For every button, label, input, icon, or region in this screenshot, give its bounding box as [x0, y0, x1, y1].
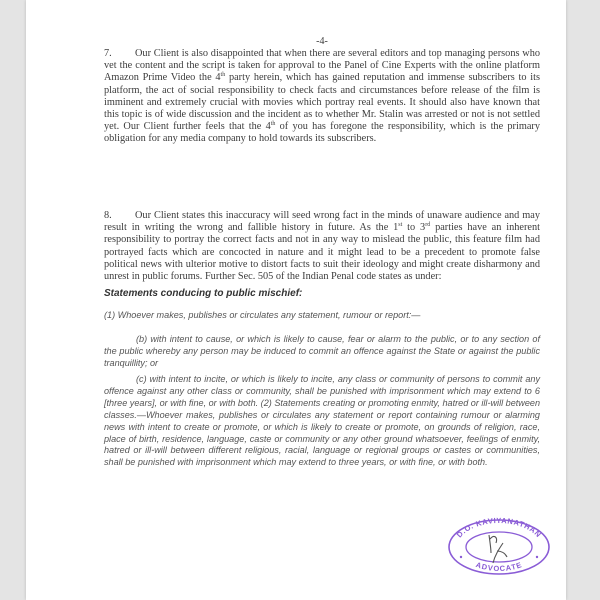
paragraph-text: to 3 [402, 222, 425, 233]
svg-text:D.O. KAVIYANATHAN: D.O. KAVIYANATHAN [455, 517, 544, 539]
seal-icon: D.O. KAVIYANATHAN ADVOCATE [447, 517, 551, 575]
paragraph-8: 8.Our Client states this inaccuracy will… [104, 210, 540, 283]
paragraph-7: 7.Our Client is also disappointed that w… [104, 48, 540, 146]
section-heading: Statements conducing to public mischief: [104, 288, 540, 300]
stamp-top-text: D.O. KAVIYANATHAN [455, 517, 544, 539]
legal-clause-c: (c) with intent to incite, or which is l… [104, 374, 540, 469]
advocate-stamp: D.O. KAVIYANATHAN ADVOCATE [447, 517, 551, 575]
legal-clause-1: (1) Whoever makes, publishes or circulat… [104, 310, 540, 322]
paragraph-number: 7. [104, 48, 135, 60]
signature [489, 535, 507, 563]
legal-clause-b: (b) with intent to cause, or which is li… [104, 334, 540, 370]
paragraph-number: 8. [104, 210, 135, 222]
document-page: -4- 7.Our Client is also disappointed th… [26, 0, 566, 600]
page-number: -4- [104, 36, 540, 48]
